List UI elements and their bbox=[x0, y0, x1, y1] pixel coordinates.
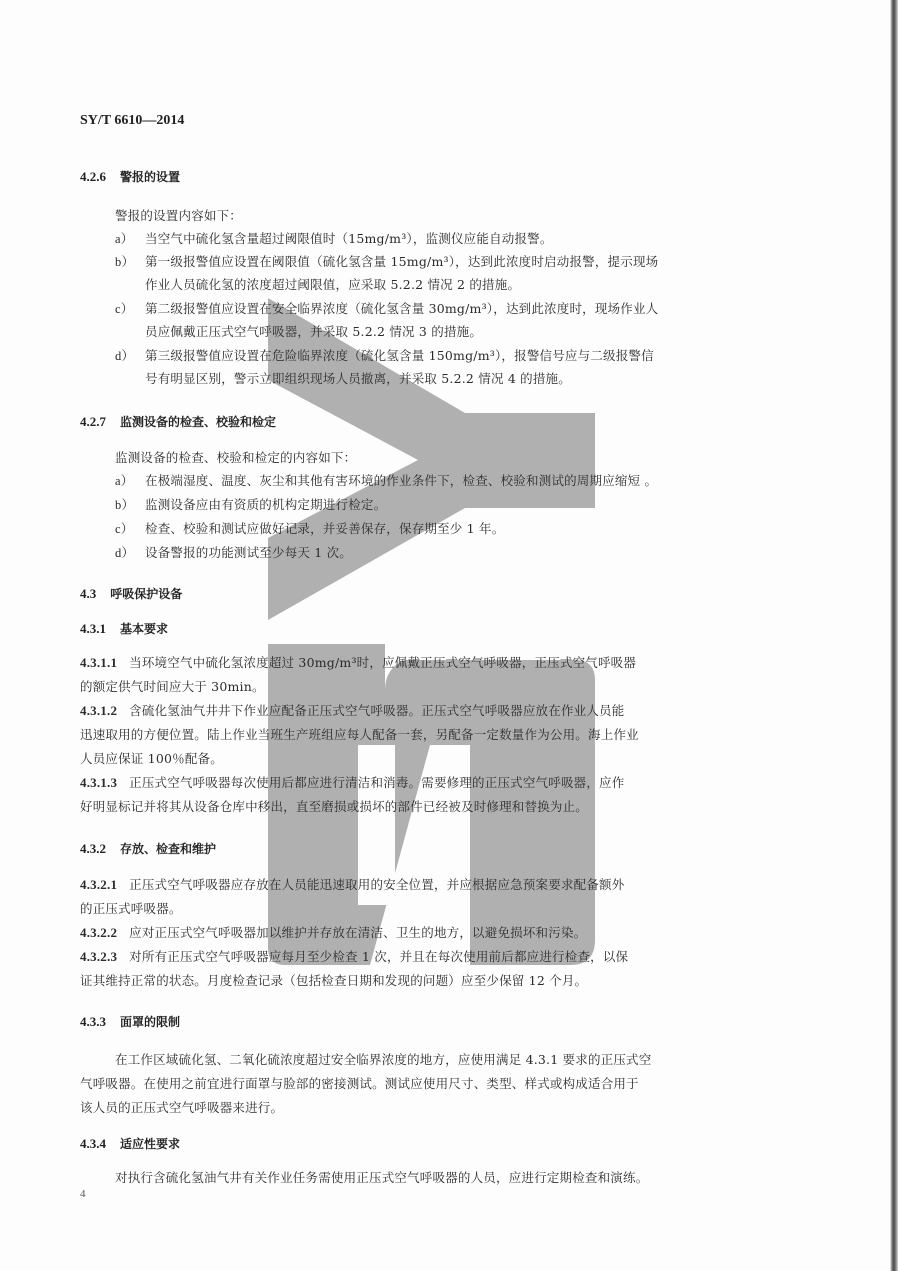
clause-text-continued: 证其维持正常的状态。月度检查记录（包括检查日期和发现的问题）应至少保留 12 个… bbox=[80, 970, 587, 992]
clause-text-continued: 的额定供气时间应大于 30min。 bbox=[80, 676, 265, 698]
section-title: 警报的设置 bbox=[120, 170, 180, 184]
page-number: 4 bbox=[80, 1188, 86, 1200]
clause-text: 正压式空气呼吸器应存放在人员能迅速取用的安全位置，并应根据应急预案要求配备额外 bbox=[129, 877, 624, 892]
list-item: a）当空气中硫化氢含量超过阈限值时（15mg/m³），监测仪应能自动报警。 bbox=[115, 228, 553, 250]
list-marker: a） bbox=[115, 228, 145, 250]
paragraph-line: 对执行含硫化氢油气井有关作业任务需使用正压式空气呼吸器的人员，应进行定期检查和演… bbox=[115, 1167, 648, 1189]
list-text: 设备警报的功能测试至少每天 1 次。 bbox=[145, 545, 352, 560]
list-text: 监测设备应由有资质的机构定期进行检定。 bbox=[145, 497, 386, 512]
section-number: 4.3.3 bbox=[80, 1014, 106, 1030]
clause-4-3-2-3: 4.3.2.3对所有正压式空气呼吸器应每月至少检查 1 次，并且在每次使用前后都… bbox=[80, 946, 628, 968]
section-intro: 监测设备的检查、校验和检定的内容如下： bbox=[115, 447, 356, 469]
section-number: 4.3 bbox=[80, 586, 96, 602]
list-marker: b） bbox=[115, 251, 145, 273]
clause-4-3-1-2: 4.3.1.2含硫化氢油气井井下作业应配备正压式空气呼吸器。正压式空气呼吸器应放… bbox=[80, 700, 624, 722]
list-text: 第一级报警值应设置在阈限值（硫化氢含量 15mg/m³），达到此浓度时启动报警，… bbox=[145, 254, 658, 269]
list-marker: c） bbox=[115, 298, 145, 320]
list-marker: c） bbox=[115, 518, 145, 540]
section-heading-4-2-7: 4.2.7监测设备的检查、校验和检定 bbox=[80, 413, 276, 430]
paragraph-line: 气呼吸器。在使用之前宜进行面罩与脸部的密接测试。测试应使用尺寸、类型、样式或构成… bbox=[80, 1073, 639, 1095]
section-heading-4-3-1: 4.3.1基本要求 bbox=[80, 620, 168, 637]
section-number: 4.2.7 bbox=[80, 414, 106, 430]
list-item: b）第一级报警值应设置在阈限值（硫化氢含量 15mg/m³），达到此浓度时启动报… bbox=[115, 251, 658, 273]
section-title: 适应性要求 bbox=[120, 1137, 180, 1151]
list-item: c）检查、校验和测试应做好记录，并妥善保存，保存期至少 1 年。 bbox=[115, 518, 504, 540]
clause-4-3-2-1: 4.3.2.1正压式空气呼吸器应存放在人员能迅速取用的安全位置，并应根据应急预案… bbox=[80, 874, 624, 896]
list-text: 检查、校验和测试应做好记录，并妥善保存，保存期至少 1 年。 bbox=[145, 521, 504, 536]
section-heading-4-3-4: 4.3.4适应性要求 bbox=[80, 1135, 180, 1152]
list-text-continued: 号有明显区别，警示立即组织现场人员撤离，并采取 5.2.2 情况 4 的措施。 bbox=[145, 368, 571, 390]
clause-number: 4.3.2.2 bbox=[80, 925, 117, 940]
section-title: 面罩的限制 bbox=[120, 1015, 180, 1029]
clause-4-3-1-1: 4.3.1.1当环境空气中硫化氢浓度超过 30mg/m³时，应佩戴正压式空气呼吸… bbox=[80, 652, 636, 674]
clause-4-3-2-2: 4.3.2.2应对正压式空气呼吸器加以维护并存放在清洁、卫生的地方，以避免损坏和… bbox=[80, 922, 586, 944]
clause-text: 含硫化氢油气井井下作业应配备正压式空气呼吸器。正压式空气呼吸器应放在作业人员能 bbox=[129, 703, 624, 718]
clause-text-continued: 的正压式呼吸器。 bbox=[80, 898, 182, 920]
list-item: d）第三级报警值应设置在危险临界浓度（硫化氢含量 150mg/m³），报警信号应… bbox=[115, 345, 654, 367]
clause-number: 4.3.1.3 bbox=[80, 775, 117, 790]
standard-code: SY/T 6610—2014 bbox=[80, 113, 184, 129]
list-marker: a） bbox=[115, 470, 145, 492]
section-heading-4-2-6: 4.2.6警报的设置 bbox=[80, 168, 180, 185]
section-number: 4.2.6 bbox=[80, 169, 106, 185]
clause-text: 应对正压式空气呼吸器加以维护并存放在清洁、卫生的地方，以避免损坏和污染。 bbox=[129, 925, 586, 940]
list-text: 第三级报警值应设置在危险临界浓度（硫化氢含量 150mg/m³），报警信号应与二… bbox=[145, 348, 654, 363]
section-number: 4.3.1 bbox=[80, 621, 106, 637]
section-title: 监测设备的检查、校验和检定 bbox=[120, 415, 276, 429]
clause-text: 当环境空气中硫化氢浓度超过 30mg/m³时，应佩戴正压式空气呼吸器，正压式空气… bbox=[129, 655, 636, 670]
clause-number: 4.3.1.2 bbox=[80, 703, 117, 718]
clause-text-continued: 迅速取用的方便位置。陆上作业当班生产班组应每人配备一套，另配备一定数量作为公用。… bbox=[80, 724, 639, 746]
section-heading-4-3: 4.3呼吸保护设备 bbox=[80, 585, 182, 602]
list-marker: d） bbox=[115, 345, 145, 367]
section-title: 存放、检查和维护 bbox=[120, 842, 216, 856]
section-title: 呼吸保护设备 bbox=[110, 587, 182, 601]
list-text: 当空气中硫化氢含量超过阈限值时（15mg/m³），监测仪应能自动报警。 bbox=[145, 231, 553, 246]
list-marker: d） bbox=[115, 542, 145, 564]
clause-text: 正压式空气呼吸器每次使用后都应进行清洁和消毒。需要修理的正压式空气呼吸器，应作 bbox=[129, 775, 624, 790]
clause-number: 4.3.2.1 bbox=[80, 877, 117, 892]
clause-text-continued: 人员应保证 100％配备。 bbox=[80, 748, 223, 770]
section-number: 4.3.4 bbox=[80, 1136, 106, 1152]
section-heading-4-3-3: 4.3.3面罩的限制 bbox=[80, 1013, 180, 1030]
clause-number: 4.3.2.3 bbox=[80, 949, 117, 964]
clause-number: 4.3.1.1 bbox=[80, 655, 117, 670]
list-marker: b） bbox=[115, 494, 145, 516]
section-heading-4-3-2: 4.3.2存放、检查和维护 bbox=[80, 840, 216, 857]
paragraph-line: 该人员的正压式空气呼吸器来进行。 bbox=[80, 1097, 283, 1119]
clause-text: 对所有正压式空气呼吸器应每月至少检查 1 次，并且在每次使用前后都应进行检查，以… bbox=[129, 949, 628, 964]
list-item: a）在极端湿度、温度、灰尘和其他有害环境的作业条件下，检查、校验和测试的周期应缩… bbox=[115, 470, 657, 492]
list-text: 第二级报警值应设置在安全临界浓度（硫化氢含量 30mg/m³），达到此浓度时，现… bbox=[145, 301, 658, 316]
section-intro: 警报的设置内容如下： bbox=[115, 205, 242, 227]
list-text: 在极端湿度、温度、灰尘和其他有害环境的作业条件下，检查、校验和测试的周期应缩短 … bbox=[145, 473, 657, 488]
clause-4-3-1-3: 4.3.1.3正压式空气呼吸器每次使用后都应进行清洁和消毒。需要修理的正压式空气… bbox=[80, 772, 624, 794]
list-text-continued: 员应佩戴正压式空气呼吸器，并采取 5.2.2 情况 3 的措施。 bbox=[145, 321, 482, 343]
section-number: 4.3.2 bbox=[80, 841, 106, 857]
list-item: d）设备警报的功能测试至少每天 1 次。 bbox=[115, 542, 352, 564]
list-item: b）监测设备应由有资质的机构定期进行检定。 bbox=[115, 494, 386, 516]
clause-text-continued: 好明显标记并将其从设备仓库中移出，直至磨损或损坏的部件已经被及时修理和替换为止。 bbox=[80, 796, 588, 818]
list-text-continued: 作业人员硫化氢的浓度超过阈限值，应采取 5.2.2 情况 2 的措施。 bbox=[145, 274, 520, 296]
list-item: c）第二级报警值应设置在安全临界浓度（硫化氢含量 30mg/m³），达到此浓度时… bbox=[115, 298, 658, 320]
section-title: 基本要求 bbox=[120, 622, 168, 636]
paragraph-line: 在工作区域硫化氢、二氧化硫浓度超过安全临界浓度的地方，应使用满足 4.3.1 要… bbox=[115, 1049, 651, 1071]
